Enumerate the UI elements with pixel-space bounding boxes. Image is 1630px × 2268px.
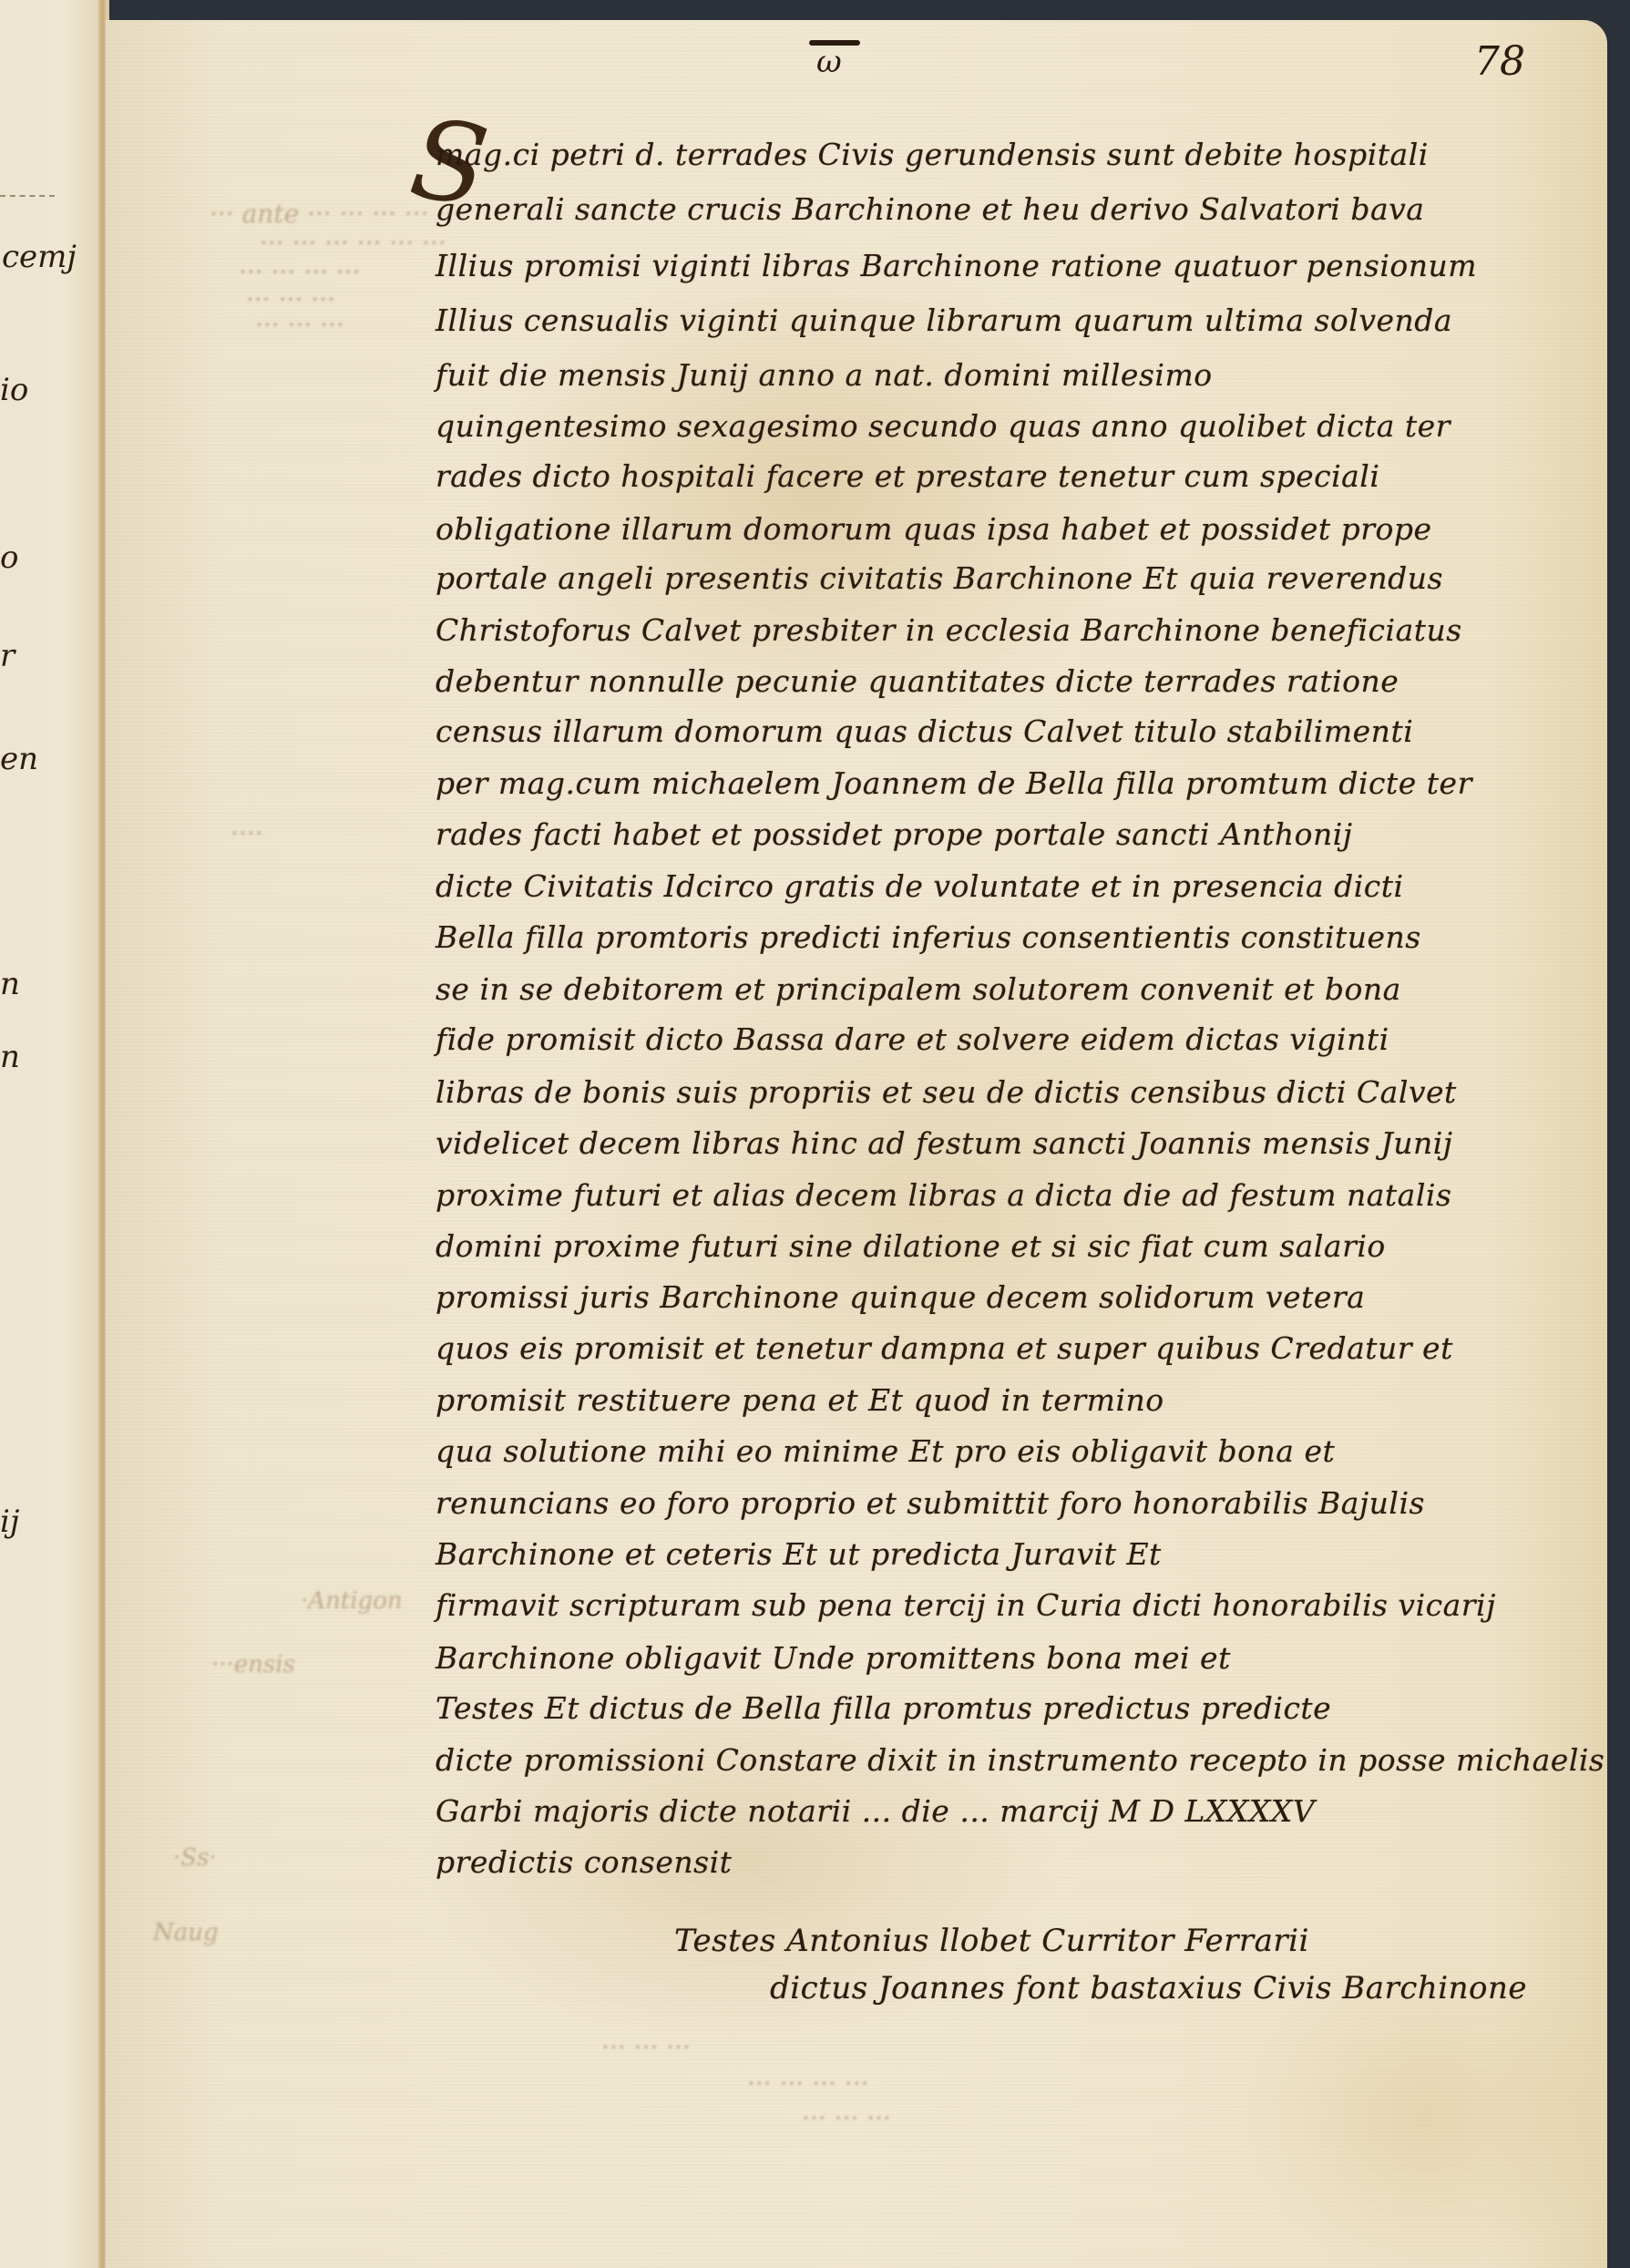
manuscript-line: promissi juris Barchinone quinque decem …	[436, 1279, 1365, 1315]
top-ornament-mark: ω	[800, 33, 873, 87]
manuscript-line: fide promisit dicto Bassa dare et solver…	[436, 1021, 1389, 1057]
manuscript-line: census illarum domorum quas dictus Calve…	[436, 713, 1413, 749]
manuscript-line: Christoforus Calvet presbiter in ecclesi…	[436, 612, 1462, 648]
ornament-glyph: ω	[816, 44, 842, 80]
manuscript-line: rades facti habet et possidet prope port…	[436, 816, 1352, 852]
manuscript-folio: ω 78 S ··· ante ··· ··· ··· ··· ······ ·…	[106, 20, 1607, 2268]
left-page-fragment: n	[0, 1039, 20, 1075]
manuscript-line: se in se debitorem et principalem soluto…	[436, 971, 1401, 1007]
manuscript-line: Barchinone et ceteris Et ut predicta Jur…	[436, 1536, 1162, 1572]
left-page-fragment: io	[0, 372, 28, 408]
bleed-through-line: ··· ··· ···	[601, 2032, 691, 2062]
margin-note: Naug	[153, 1919, 219, 1946]
left-page-rule	[0, 195, 55, 197]
manuscript-line: domini proxime futuri sine dilatione et …	[436, 1228, 1386, 1264]
manuscript-line: promisit restituere pena et Et quod in t…	[436, 1382, 1164, 1418]
margin-note: ·Ss·	[173, 1844, 217, 1872]
bleed-through-line: ··· ··· ··· ··· ··· ···	[260, 228, 446, 258]
manuscript-line: Bella filla promtoris predicti inferius …	[436, 919, 1421, 955]
manuscript-line: Testes Et dictus de Bella filla promtus …	[436, 1690, 1331, 1726]
left-page-fragment: r	[0, 638, 15, 674]
manuscript-line: Illius censualis viginti quinque libraru…	[436, 303, 1452, 338]
manuscript-line: mag.ci petri d. terrades Civis gerundens…	[436, 137, 1429, 172]
manuscript-line: fuit die mensis Junij anno a nat. domini…	[436, 357, 1213, 393]
manuscript-line: proxime futuri et alias decem libras a d…	[436, 1177, 1451, 1213]
manuscript-line: generali sancte crucis Barchinone et heu…	[436, 191, 1424, 227]
bleed-through-line: ··· ··· ··· ···	[747, 2068, 869, 2099]
manuscript-line: quos eis promisit et tenetur dampna et s…	[436, 1330, 1453, 1366]
left-page-fragment: ij	[0, 1503, 19, 1540]
bleed-through-line: ··· ··· ··· ···	[239, 257, 361, 287]
bleed-through-line: ··· ··· ···	[255, 310, 344, 340]
bleed-through-line: ····	[231, 818, 263, 848]
left-page-fragment: o	[0, 539, 18, 576]
left-page-fragment: en	[0, 741, 38, 777]
margin-note: ···ensis	[211, 1651, 295, 1678]
facing-left-page: cemjioorennnij	[0, 0, 109, 2268]
witness-line: Testes Antonius llobet Curritor Ferrarii	[674, 1923, 1309, 1959]
manuscript-line: Illius promisi viginti libras Barchinone…	[436, 248, 1477, 283]
manuscript-line: dicte Civitatis Idcirco gratis de volunt…	[436, 868, 1404, 904]
manuscript-line: obligatione illarum domorum quas ipsa ha…	[436, 511, 1432, 547]
manuscript-line: firmavit scripturam sub pena tercij in C…	[436, 1587, 1496, 1623]
manuscript-line: videlicet decem libras hinc ad festum sa…	[436, 1125, 1453, 1161]
manuscript-line: dicte promissioni Constare dixit in inst…	[436, 1742, 1604, 1778]
manuscript-line: Barchinone obligavit Unde promittens bon…	[436, 1640, 1231, 1676]
witness-line: dictus Joannes font bastaxius Civis Barc…	[770, 1970, 1527, 2006]
manuscript-line: quingentesimo sexagesimo secundo quas an…	[436, 408, 1451, 444]
left-page-fragment: cemj	[2, 239, 77, 275]
manuscript-line: predictis consensit	[436, 1844, 732, 1880]
manuscript-line: Garbi majoris dicte notarii ... die ... …	[436, 1793, 1315, 1829]
manuscript-line: portale angeli presentis civitatis Barch…	[436, 560, 1443, 596]
folio-number: 78	[1474, 38, 1525, 85]
manuscript-line: rades dicto hospitali facere et prestare…	[436, 458, 1379, 494]
manuscript-line: qua solutione mihi eo minime Et pro eis …	[436, 1433, 1335, 1469]
bleed-through-line: ··· ··· ···	[802, 2103, 891, 2133]
manuscript-line: per mag.cum michaelem Joannem de Bella f…	[436, 765, 1472, 801]
margin-note: ·Antigon	[301, 1587, 403, 1615]
manuscript-line: libras de bonis suis propriis et seu de …	[436, 1074, 1457, 1110]
manuscript-line: debentur nonnulle pecunie quantitates di…	[436, 663, 1399, 699]
bleed-through-line: ··· ante ··· ··· ··· ··· ···	[210, 199, 461, 229]
manuscript-line: renuncians eo foro proprio et submittit …	[436, 1485, 1425, 1521]
left-page-fragment: n	[0, 966, 20, 1002]
